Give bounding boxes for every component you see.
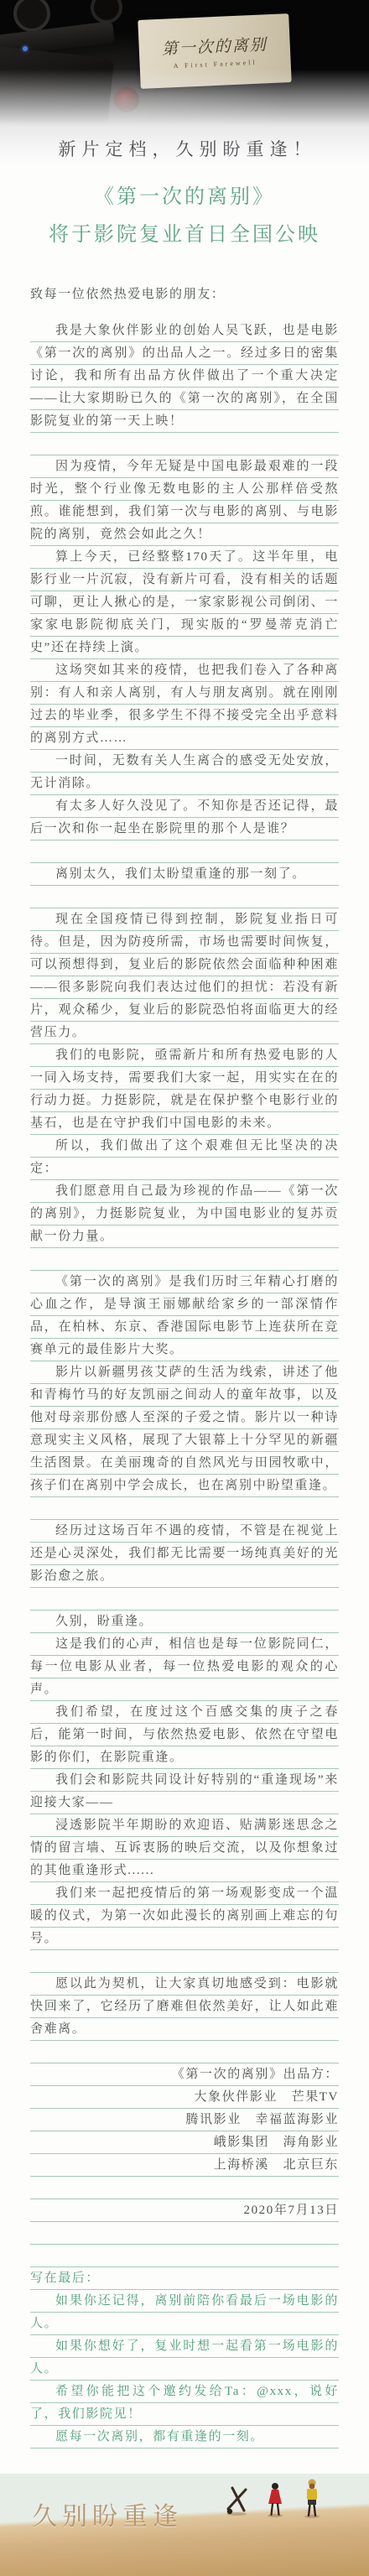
letter-paragraph: 这是我们的心声，相信也是每一位影院同仁，每一位电影从业者，每一位热爱电影的观众的… bbox=[30, 1633, 339, 1701]
blank-ruled-line bbox=[30, 2245, 339, 2267]
postscript-line: 愿每一次离别，都有重逢的一刻。 bbox=[30, 2426, 339, 2449]
film-title-line2: 将于影院复业首日全国公映 bbox=[0, 217, 369, 247]
letter-paragraph: 我们愿意用自己最为珍视的作品——《第一次的离别》，力挺影院复业，为中国电影业的复… bbox=[30, 1180, 339, 1248]
blank-ruled-line bbox=[30, 2041, 339, 2063]
letter-paragraph: 因为疫情，今年无疑是中国电影最艰难的一段时光，整个行业像无数电影的主人公那样倍受… bbox=[30, 455, 339, 546]
letter-paragraph: 一时间，无数有关人生离合的感受无处安放，无计消除。 bbox=[30, 750, 339, 795]
blank-ruled-line bbox=[30, 1950, 339, 1973]
postscript-line: 如果你还记得，离别前陪你看最后一场电影的人。 bbox=[30, 2290, 339, 2335]
article-page: 第一次的离别 A First Farewell 新片定档，久别盼重逢！ 《第一次… bbox=[0, 0, 369, 2576]
children-illustration bbox=[225, 2475, 334, 2521]
letter-paragraph: 有太多人好久没见了。不知你是否还记得，最后一次和你一起坐在影院里的那个人是谁？ bbox=[30, 795, 339, 840]
blank-ruled-line bbox=[30, 2222, 339, 2245]
postscript-line: 如果你想好了，复业时想一起看第一场电影的人。 bbox=[30, 2335, 339, 2381]
producers-label: 《第一次的离别》出品方： bbox=[30, 2063, 339, 2086]
letter-date: 2020年7月13日 bbox=[30, 2199, 339, 2222]
blank-ruled-line bbox=[30, 1248, 339, 1271]
letter-paragraph: 久别，盼重逢。 bbox=[30, 1611, 339, 1633]
blank-ruled-line bbox=[30, 1588, 339, 1611]
footer-desert-photo: 久别盼重逢 bbox=[0, 2474, 369, 2576]
producer-line: 大象伙伴影业 芒果TV bbox=[30, 2086, 339, 2109]
letter-paragraph: 离别太久，我们太盼望重逢的那一刻了。 bbox=[30, 863, 339, 886]
producer-line: 腾讯影业 幸福蓝海影业 bbox=[30, 2109, 339, 2131]
letter-paragraph: 现在全国疫情已得到控制，影院复业指日可待。但是，因为防疫所需，市场也需要时间恢复… bbox=[30, 908, 339, 1044]
blank-ruled-line bbox=[30, 1497, 339, 1520]
cartwheel-child-figure bbox=[227, 2488, 246, 2514]
red-dress-child-figure bbox=[268, 2483, 282, 2515]
letter-paragraph: 我们的电影院，亟需新片和所有热爱电影的人一同入场支持，需要我们大家一起，用实实在… bbox=[30, 1044, 339, 1135]
blank-ruled-line bbox=[30, 840, 339, 863]
letter-greeting: 致每一位依然热爱电影的朋友： bbox=[30, 284, 339, 306]
producer-line: 上海桥溪 北京巨东 bbox=[30, 2154, 339, 2177]
letter-bottom-padding bbox=[30, 2449, 339, 2455]
producer-line: 峨影集团 海角影业 bbox=[30, 2131, 339, 2154]
letter-paragraph: 我们希望，在度过这个百感交集的庚子之春后，能第一时间，与依然热爱电影、依然在守望… bbox=[30, 1701, 339, 1769]
film-title-block: 《第一次的离别》 将于影院复业首日全国公映 bbox=[0, 166, 369, 250]
postscript-line: 希望你能把这个邀约发给Ta：@xxx，说好了，我们影院见！ bbox=[30, 2381, 339, 2426]
letter-paragraph: 影片以新疆男孩艾萨的生活为线索，讲述了他和青梅竹马的好友凯丽之间动人的童年故事，… bbox=[30, 1361, 339, 1497]
letter-paragraph: 我是大象伙伴影业的创始人吴飞跃，也是电影《第一次的离别》的出品人之一。经过多日的… bbox=[30, 320, 339, 433]
yellow-shirt-child-figure bbox=[307, 2480, 317, 2516]
letter-paragraph: 经历过这场百年不遇的疫情，不管是在视觉上还是心灵深处，我们都无比需要一场纯真美好… bbox=[30, 1520, 339, 1588]
film-title-line1: 《第一次的离别》 bbox=[0, 180, 369, 209]
letter-paragraph: 《第一次的离别》是我们历时三年精心打磨的心血之作，是导演王丽娜献给家乡的一部深情… bbox=[30, 1271, 339, 1361]
ruled-letter-body: 我是大象伙伴影业的创始人吴飞跃，也是电影《第一次的离别》的出品人之一。经过多日的… bbox=[30, 320, 339, 2449]
blank-ruled-line bbox=[30, 886, 339, 908]
postscript-label: 写在最后： bbox=[30, 2267, 339, 2290]
photo-fade-overlay bbox=[0, 0, 369, 126]
headline: 新片定档，久别盼重逢！ bbox=[0, 126, 369, 166]
footer-slogan: 久别盼重逢 bbox=[32, 2495, 183, 2532]
letter-paragraph: 我们会和影院共同设计好特别的“重逢现场”来迎接大家—— bbox=[30, 1769, 339, 1814]
open-letter: 致每一位依然热爱电影的朋友： 我是大象伙伴影业的创始人吴飞跃，也是电影《第一次的… bbox=[30, 284, 339, 2455]
letter-paragraph: 浸透影院半年期盼的欢迎语、贴满影迷思念之情的留言墙、互诉衷肠的映后交流，以及你想… bbox=[30, 1814, 339, 1882]
letter-paragraph: 我们来一起把疫情后的第一场观影变成一个温暖的仪式，为第一次如此漫长的离别画上难忘… bbox=[30, 1882, 339, 1950]
hero-photo: 第一次的离别 A First Farewell bbox=[0, 0, 369, 126]
blank-ruled-line bbox=[30, 2177, 339, 2199]
letter-paragraph: 算上今天，已经整整170天了。这半年里，电影行业一片沉寂，没有新片可看，没有相关… bbox=[30, 546, 339, 659]
blank-ruled-line bbox=[30, 433, 339, 455]
letter-paragraph: 愿以此为契机，让大家真切地感受到：电影就快回来了，它经历了磨难但依然美好，让人如… bbox=[30, 1973, 339, 2041]
letter-paragraph: 所以，我们做出了这个艰难但无比坚决的决定： bbox=[30, 1135, 339, 1180]
letter-paragraph: 这场突如其来的疫情，也把我们卷入了各种离别：有人和亲人离别，有人与朋友离别。就在… bbox=[30, 659, 339, 750]
